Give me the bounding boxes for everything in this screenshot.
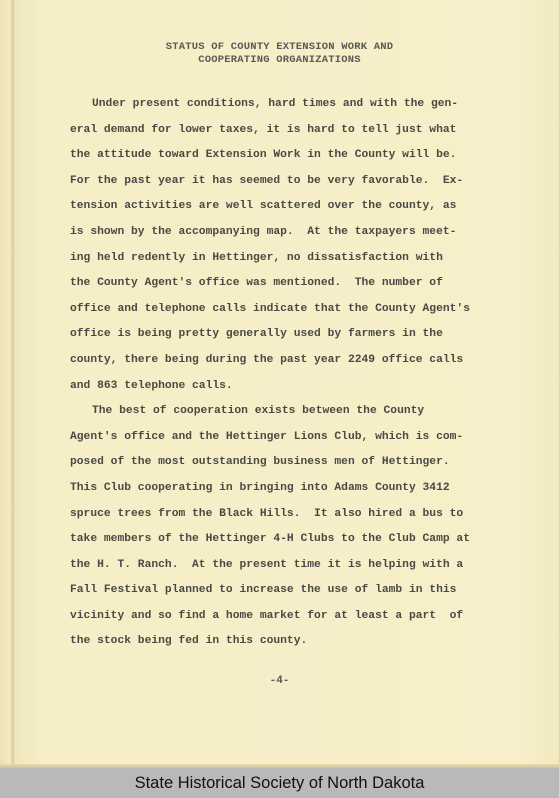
document-page: STATUS OF COUNTY EXTENSION WORK AND COOP… xyxy=(0,0,559,768)
text-line: For the past year it has seemed to be ve… xyxy=(70,169,512,195)
archive-caption: State Historical Society of North Dakota xyxy=(135,774,425,793)
text-line: The best of cooperation exists between t… xyxy=(92,399,512,425)
text-line: the attitude toward Extension Work in th… xyxy=(70,143,512,169)
title-line-1: STATUS OF COUNTY EXTENSION WORK AND xyxy=(0,41,559,54)
paragraph-2: The best of cooperation exists between t… xyxy=(92,399,512,655)
archive-caption-bar: State Historical Society of North Dakota xyxy=(0,768,559,798)
text-line: eral demand for lower taxes, it is hard … xyxy=(70,118,512,144)
text-line: spruce trees from the Black Hills. It al… xyxy=(70,502,512,528)
text-line: Agent's office and the Hettinger Lions C… xyxy=(70,425,512,451)
text-line: is shown by the accompanying map. At the… xyxy=(70,220,512,246)
text-line: posed of the most outstanding business m… xyxy=(70,450,512,476)
text-line: tension activities are well scattered ov… xyxy=(70,194,512,220)
text-line: take members of the Hettinger 4-H Clubs … xyxy=(70,527,512,553)
document-title: STATUS OF COUNTY EXTENSION WORK AND COOP… xyxy=(0,41,559,67)
text-line: the County Agent's office was mentioned.… xyxy=(70,271,512,297)
paragraph-1: Under present conditions, hard times and… xyxy=(92,92,512,399)
text-line: county, there being during the past year… xyxy=(70,348,512,374)
text-line: the stock being fed in this county. xyxy=(70,629,512,655)
title-line-2: COOPERATING ORGANIZATIONS xyxy=(0,54,559,67)
text-line: and 863 telephone calls. xyxy=(70,374,512,400)
text-line: the H. T. Ranch. At the present time it … xyxy=(70,553,512,579)
document-body: Under present conditions, hard times and… xyxy=(92,92,512,655)
text-line: office and telephone calls indicate that… xyxy=(70,297,512,323)
text-line: This Club cooperating in bringing into A… xyxy=(70,476,512,502)
text-line: Under present conditions, hard times and… xyxy=(92,92,512,118)
page-number: -4- xyxy=(0,675,559,687)
text-line: Fall Festival planned to increase the us… xyxy=(70,578,512,604)
text-line: office is being pretty generally used by… xyxy=(70,322,512,348)
text-line: vicinity and so find a home market for a… xyxy=(70,604,512,630)
text-line: ing held redently in Hettinger, no dissa… xyxy=(70,246,512,272)
